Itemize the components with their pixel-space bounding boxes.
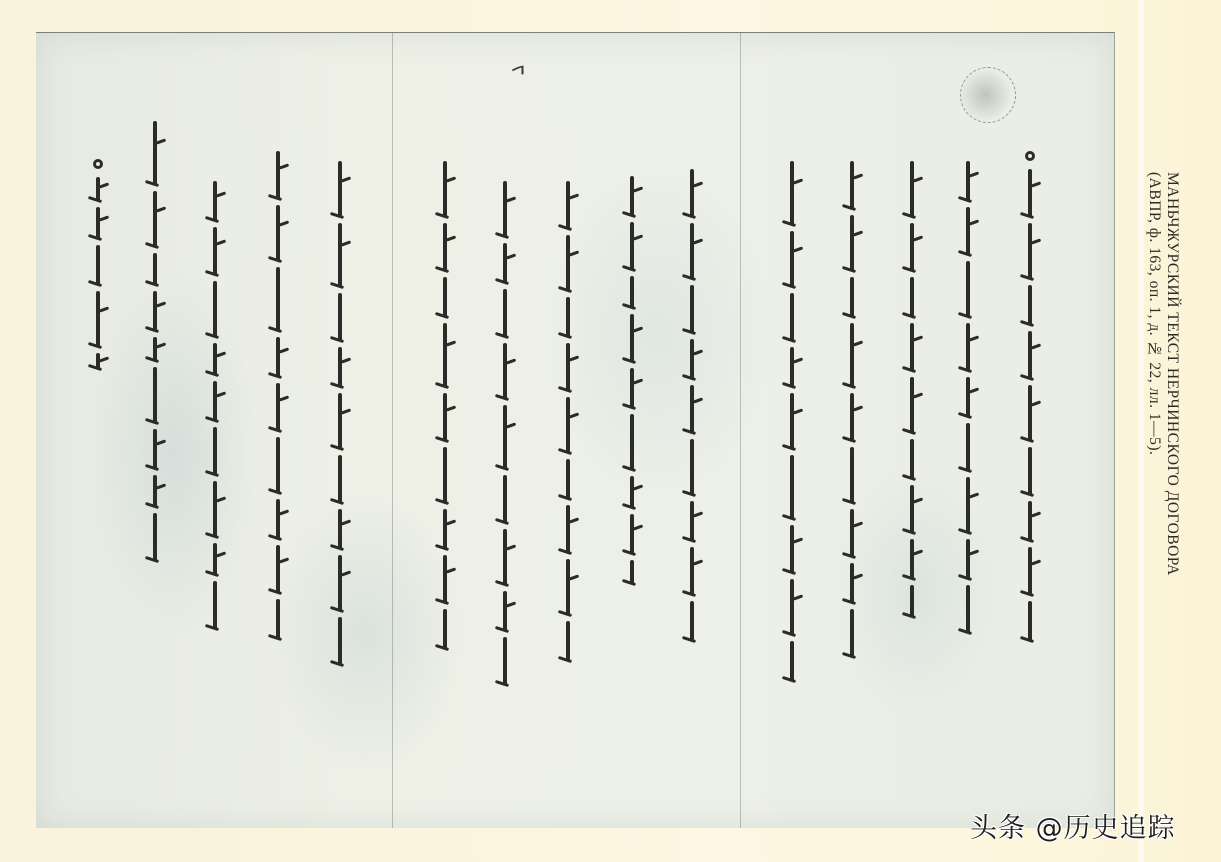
manuscript-scan: ᠵ	[36, 32, 1115, 828]
manchu-glyph	[213, 227, 217, 275]
manchu-glyph	[96, 291, 100, 347]
manchu-glyph	[910, 485, 914, 533]
manchu-glyph	[338, 555, 342, 611]
manchu-glyph	[790, 641, 794, 681]
manchu-glyph	[96, 245, 100, 285]
seal-stamp	[960, 67, 1016, 123]
manchu-glyph	[690, 601, 694, 641]
manchu-glyph	[443, 323, 447, 387]
manchu-glyph	[566, 459, 570, 499]
manchu-glyph	[96, 207, 100, 239]
manchu-glyph	[690, 339, 694, 379]
manchu-glyph	[690, 439, 694, 495]
manchu-glyph	[1028, 501, 1032, 541]
manchu-glyph	[1028, 331, 1032, 379]
manchu-glyph	[1028, 223, 1032, 279]
manchu-glyph	[443, 161, 447, 217]
manchu-glyph	[338, 617, 342, 665]
manchu-glyph	[910, 161, 914, 217]
manchu-column	[202, 181, 228, 635]
manchu-glyph	[966, 207, 970, 255]
manchu-glyph	[630, 222, 634, 270]
manchu-glyph	[276, 337, 280, 377]
manchu-glyph	[850, 447, 854, 503]
manchu-glyph	[276, 599, 280, 639]
manchu-glyph	[443, 609, 447, 649]
manchu-glyph	[850, 161, 854, 209]
manchu-glyph	[966, 377, 970, 417]
manchu-glyph	[630, 314, 634, 362]
manchu-glyph	[566, 621, 570, 661]
manchu-glyph	[153, 367, 157, 423]
manchu-glyph	[690, 169, 694, 217]
manchu-glyph	[276, 545, 280, 593]
manchu-column	[327, 161, 353, 671]
manchu-glyph	[443, 223, 447, 271]
manchu-glyph	[790, 161, 794, 225]
manchu-glyph	[1028, 385, 1032, 441]
manchu-glyph	[850, 609, 854, 657]
manchu-glyph	[338, 509, 342, 549]
manchu-glyph	[153, 337, 157, 361]
manchu-glyph	[850, 215, 854, 271]
manchu-glyph	[213, 427, 217, 475]
manchu-glyph	[276, 437, 280, 493]
manchu-glyph	[153, 121, 157, 185]
manchu-glyph	[910, 277, 914, 317]
manchu-glyph	[153, 253, 157, 285]
manchu-glyph	[910, 585, 914, 617]
folio-mark: ᠵ	[506, 65, 544, 76]
manchu-column	[142, 121, 168, 567]
manchu-glyph	[910, 377, 914, 433]
manchu-glyph	[790, 293, 794, 341]
manchu-glyph	[338, 347, 342, 387]
manchu-glyph	[966, 423, 970, 471]
manchu-glyph	[630, 276, 634, 308]
book-page: ᠵ МАНЬЧЖУРСКИЙ ТЕКСТ НЕРЧИНСКОГО ДОГОВОР…	[0, 0, 1221, 862]
manchu-glyph	[276, 499, 280, 539]
manchu-glyph	[1028, 285, 1032, 325]
manchu-glyph	[790, 579, 794, 635]
manchu-glyph	[503, 289, 507, 337]
manchu-glyph	[966, 161, 970, 201]
manchu-glyph	[443, 277, 447, 317]
manchu-glyph	[213, 181, 217, 221]
manchu-glyph	[566, 397, 570, 453]
manchu-glyph	[503, 243, 507, 283]
manchu-glyph	[338, 161, 342, 217]
page-gutter	[1137, 0, 1145, 862]
manchu-glyph	[630, 414, 634, 470]
manchu-glyph	[790, 231, 794, 287]
manchu-glyph	[276, 267, 280, 331]
figure-caption: МАНЬЧЖУРСКИЙ ТЕКСТ НЕРЧИНСКОГО ДОГОВОРА …	[1146, 172, 1206, 692]
manchu-glyph	[690, 285, 694, 333]
manchu-glyph	[566, 505, 570, 553]
manchu-glyph	[966, 539, 970, 579]
manchu-glyph	[910, 223, 914, 271]
manchu-glyph	[503, 181, 507, 237]
manchu-glyph	[566, 235, 570, 291]
manchu-glyph	[503, 343, 507, 399]
manchu-column	[555, 181, 581, 667]
manchu-column	[619, 176, 645, 590]
manchu-glyph	[966, 323, 970, 371]
manchu-glyph	[276, 383, 280, 431]
manchu-glyph	[338, 293, 342, 341]
manchu-glyph	[690, 547, 694, 595]
manchu-column	[679, 169, 705, 647]
manchu-column	[779, 161, 805, 687]
manchu-glyph	[1025, 151, 1035, 161]
manchu-glyph	[338, 393, 342, 449]
manchu-glyph	[690, 223, 694, 279]
manchu-glyph	[503, 405, 507, 469]
manchu-glyph	[910, 439, 914, 479]
manchu-column	[85, 159, 111, 375]
fold-line	[740, 33, 741, 828]
manchu-glyph	[966, 585, 970, 633]
manchu-glyph	[503, 529, 507, 585]
manchu-glyph	[213, 381, 217, 421]
manchu-glyph	[443, 555, 447, 603]
manchu-column	[1017, 151, 1043, 647]
manchu-glyph	[1028, 547, 1032, 595]
manchu-glyph	[966, 261, 970, 317]
manchu-glyph	[443, 447, 447, 503]
manchu-glyph	[276, 205, 280, 261]
manchu-glyph	[503, 591, 507, 631]
manchu-glyph	[1028, 447, 1032, 495]
manchu-glyph	[96, 177, 100, 201]
manchu-glyph	[630, 560, 634, 584]
manchu-glyph	[790, 525, 794, 573]
manchu-column	[839, 161, 865, 663]
manchu-column	[492, 181, 518, 691]
manchu-glyph	[213, 481, 217, 537]
manchu-glyph	[213, 543, 217, 575]
watermark: 头条 @历史追踪	[970, 806, 1176, 845]
manchu-glyph	[1028, 601, 1032, 641]
manchu-glyph	[153, 429, 157, 469]
manchu-glyph	[690, 501, 694, 541]
manchu-glyph	[96, 353, 100, 369]
manchu-glyph	[850, 563, 854, 603]
manchu-glyph	[93, 159, 103, 169]
manchu-glyph	[630, 368, 634, 408]
manchu-glyph	[690, 385, 694, 433]
manchu-glyph	[153, 191, 157, 247]
manchu-glyph	[566, 559, 570, 615]
caption-title: МАНЬЧЖУРСКИЙ ТЕКСТ НЕРЧИНСКОГО ДОГОВОРА	[1163, 172, 1181, 576]
manchu-glyph	[566, 343, 570, 391]
manchu-column	[899, 161, 925, 623]
manchu-glyph	[213, 581, 217, 629]
manchu-glyph	[790, 393, 794, 449]
manchu-glyph	[850, 393, 854, 441]
manchu-glyph	[850, 277, 854, 317]
manchu-glyph	[630, 176, 634, 216]
manchu-glyph	[213, 281, 217, 337]
manchu-glyph	[153, 475, 157, 507]
manchu-glyph	[153, 291, 157, 331]
manchu-glyph	[630, 476, 634, 508]
manchu-column	[265, 151, 291, 645]
manchu-glyph	[276, 151, 280, 199]
manchu-glyph	[910, 539, 914, 579]
manchu-glyph	[850, 323, 854, 387]
manchu-glyph	[213, 343, 217, 375]
manchu-glyph	[566, 297, 570, 337]
manchu-column	[432, 161, 458, 655]
manchu-glyph	[503, 475, 507, 523]
manchu-glyph	[503, 637, 507, 685]
manchu-glyph	[338, 223, 342, 287]
manchu-column	[955, 161, 981, 639]
manchu-glyph	[566, 181, 570, 229]
manchu-glyph	[1028, 169, 1032, 217]
manchu-glyph	[153, 513, 157, 561]
manchu-glyph	[443, 393, 447, 441]
fold-line	[392, 33, 393, 828]
manchu-glyph	[443, 509, 447, 549]
manchu-glyph	[966, 477, 970, 533]
manchu-glyph	[850, 509, 854, 557]
manchu-glyph	[790, 347, 794, 387]
manchu-glyph	[630, 514, 634, 554]
manchu-glyph	[910, 323, 914, 371]
caption-source: (АВПР, ф. 163, оп. 1, д. № 22, лл. 1—5).	[1145, 172, 1163, 455]
manchu-glyph	[338, 455, 342, 503]
manchu-glyph	[790, 455, 794, 519]
